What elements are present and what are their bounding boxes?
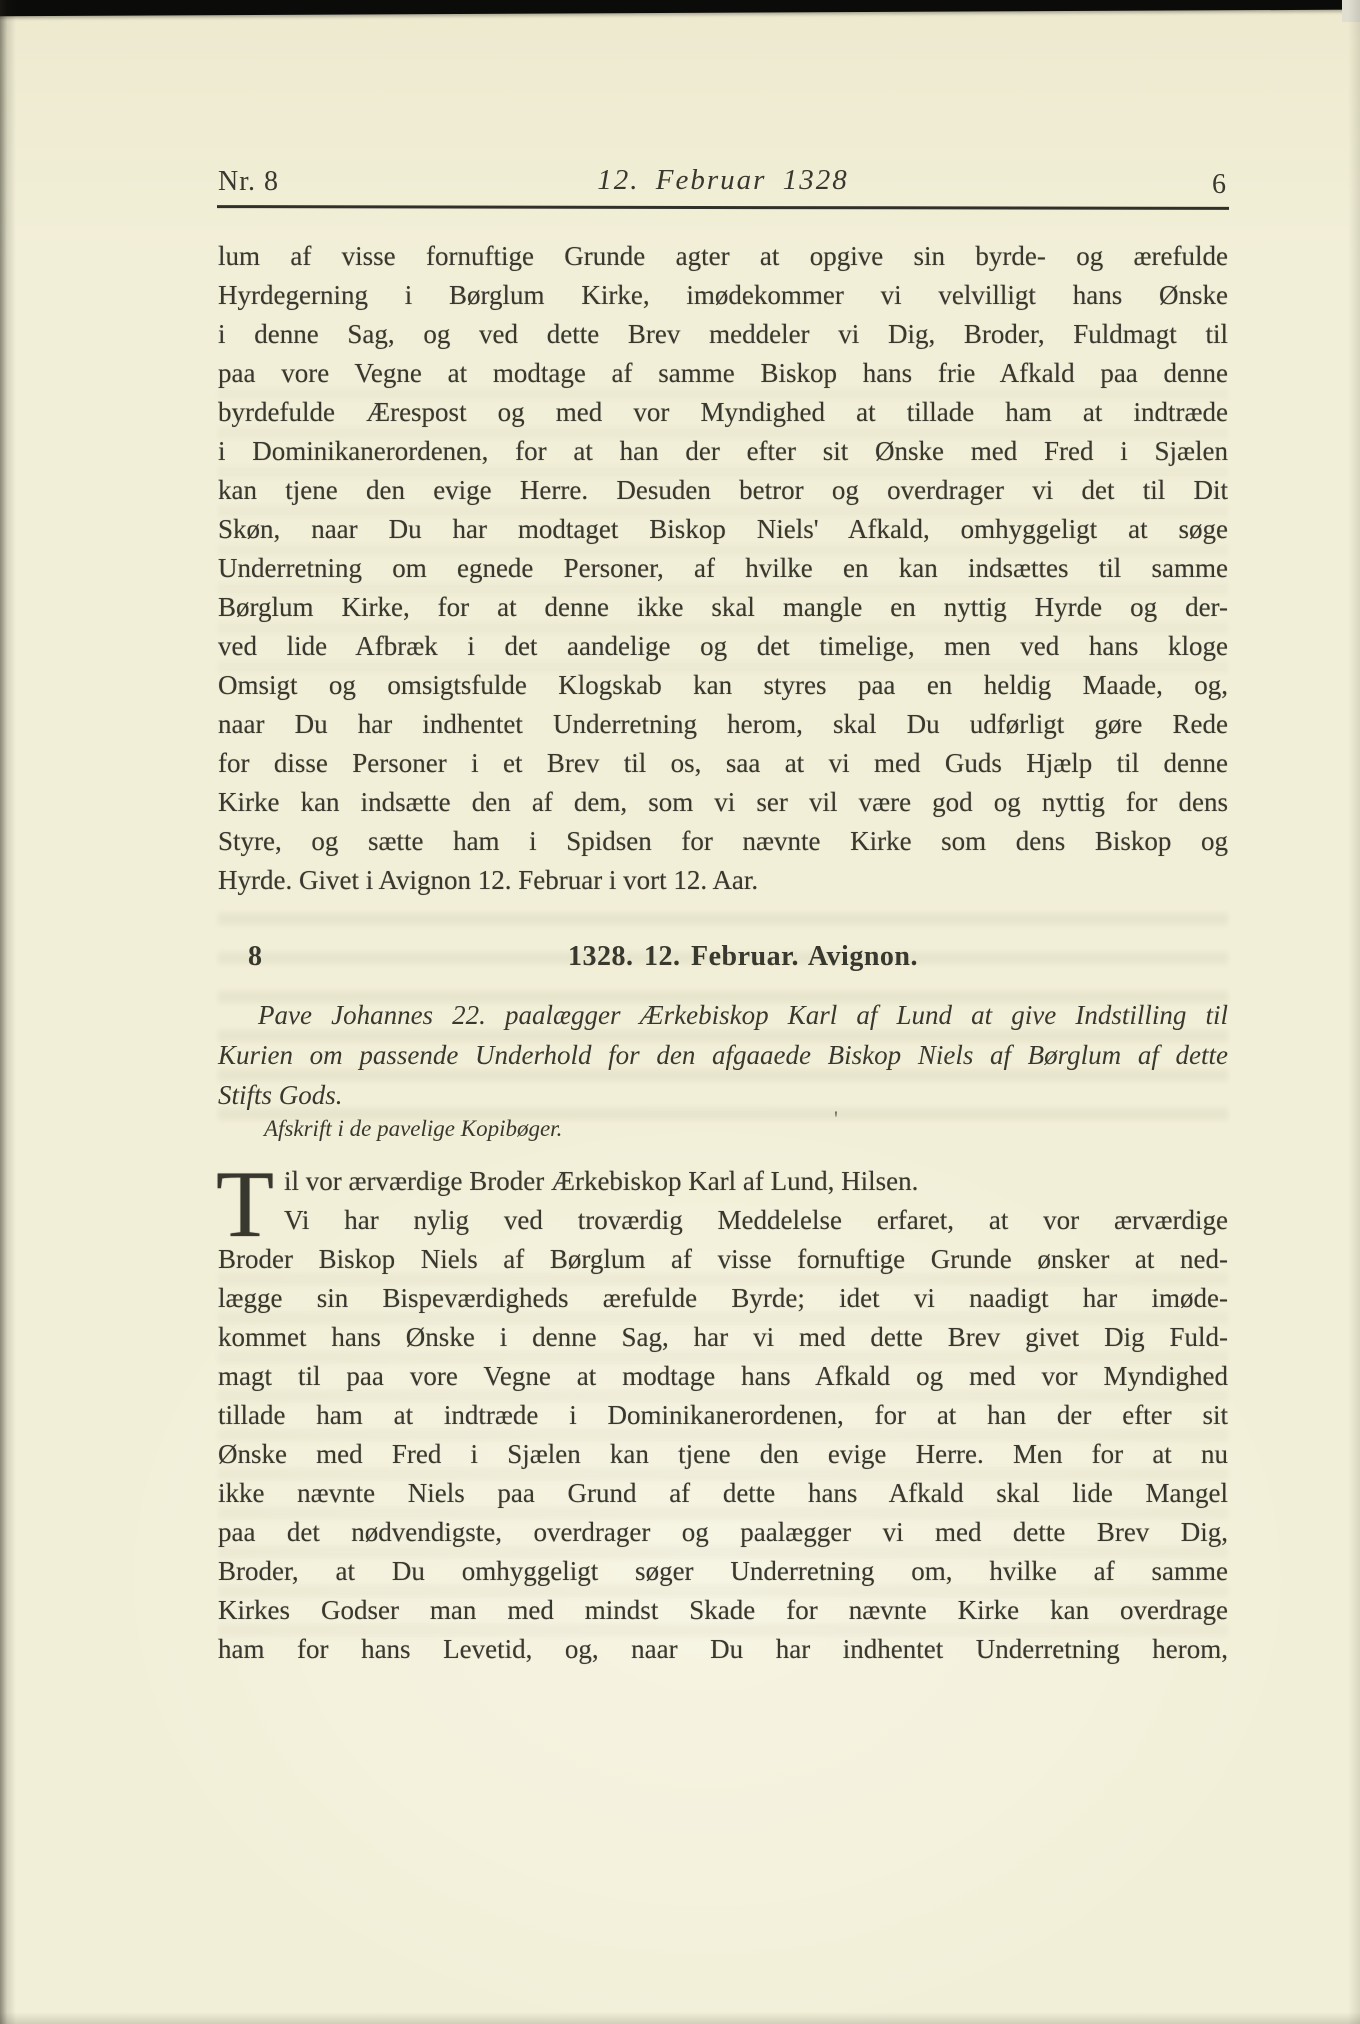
text-line: i denne Sag, og ved dette Brev meddeler … — [218, 315, 1228, 354]
page-number: 6 — [1212, 169, 1226, 201]
continuation-paragraph: lum af visse fornuftige Grunde agter at … — [218, 237, 1228, 900]
letter-body: T il vor ærværdige Broder Ærkebiskop Kar… — [218, 1162, 1228, 1669]
text-line: Vi har nylig ved troværdig Meddelelse er… — [218, 1201, 1228, 1240]
text-line: Underretning om egnede Personer, af hvil… — [218, 549, 1228, 588]
text-line: kommet hans Ønske i denne Sag, har vi me… — [218, 1318, 1228, 1357]
scan-top-edge-bar — [0, 0, 1348, 16]
drop-cap: T — [216, 1165, 274, 1243]
text-line: lægge sin Bispeværdigheds ærefulde Byrde… — [218, 1279, 1228, 1318]
letter-lines: Broder Biskop Niels af Børglum af visse … — [218, 1240, 1228, 1669]
page-left-edge-shadow — [0, 0, 16, 2024]
text-line: Børglum Kirke, for at denne ikke skal ma… — [218, 588, 1228, 627]
text-line: ikke nævnte Niels paa Grund af dette han… — [218, 1474, 1228, 1513]
text-line: byrdefulde Ærespost og med vor Myndighed… — [218, 393, 1228, 432]
text-line: naar Du har indhentet Underretning herom… — [218, 705, 1228, 744]
text-line: Hyrdegerning i Børglum Kirke, imødekomme… — [218, 276, 1228, 315]
text-line: Kirke kan indsætte den af dem, som vi se… — [218, 783, 1228, 822]
page-bottom-edge-shadow — [0, 2012, 1360, 2024]
text-line: ham for hans Levetid, og, naar Du har in… — [218, 1630, 1228, 1669]
summary-line: Stifts Gods. — [218, 1075, 1228, 1115]
entry-summary: Pave Johannes 22. paalægger Ærkebiskop K… — [218, 995, 1228, 1115]
page-header: Nr. 8 12. Februar 1328 6 — [218, 166, 1228, 200]
text-line: Kirkes Godser man med mindst Skade for n… — [218, 1591, 1228, 1630]
text-line: tillade ham at indtræde i Dominikanerord… — [218, 1396, 1228, 1435]
page-right-edge-shadow — [1348, 0, 1360, 2024]
text-line: Broder Biskop Niels af Børglum af visse … — [218, 1240, 1228, 1279]
text-line: i Dominikanerordenen, for at han der eft… — [218, 432, 1228, 471]
text-line: paa vore Vegne at modtage af samme Bisko… — [218, 354, 1228, 393]
text-line: Ønske med Fred i Sjælen kan tjene den ev… — [218, 1435, 1228, 1474]
text-line: magt til paa vore Vegne at modtage hans … — [218, 1357, 1228, 1396]
text-line: Styre, og sætte ham i Spidsen for nævnte… — [218, 822, 1228, 861]
text-line: lum af visse fornuftige Grunde agter at … — [218, 237, 1228, 276]
source-note: Afskrift i de pavelige Kopibøger. — [264, 1116, 562, 1142]
text-line: paa det nødvendigste, overdrager og paal… — [218, 1513, 1228, 1552]
salutation-line: il vor ærværdige Broder Ærkebiskop Karl … — [218, 1162, 1228, 1201]
summary-line: Kurien om passende Underhold for den afg… — [218, 1035, 1228, 1075]
book-page-scan: Nr. 8 12. Februar 1328 6 lum af visse fo… — [0, 0, 1360, 2024]
stray-mark-artifact: ' — [834, 1106, 838, 1132]
header-rule — [217, 205, 1229, 210]
text-line: kan tjene den evige Herre. Desuden betro… — [218, 471, 1228, 510]
text-line: for disse Personer i et Brev til os, saa… — [218, 744, 1228, 783]
text-line: Broder, at Du omhyggeligt søger Underret… — [218, 1552, 1228, 1591]
text-line: ved lide Afbræk i det aandelige og det t… — [218, 627, 1228, 666]
entry-heading-row: 8 1328. 12. Februar. Avignon. — [218, 941, 1228, 977]
summary-line: Pave Johannes 22. paalægger Ærkebiskop K… — [218, 995, 1228, 1035]
text-line: Skøn, naar Du har modtaget Biskop Niels'… — [218, 510, 1228, 549]
text-line: Omsigt og omsigtsfulde Klogskab kan styr… — [218, 666, 1228, 705]
running-date: 12. Februar 1328 — [218, 164, 1228, 197]
text-line: Hyrde. Givet i Avignon 12. Februar i vor… — [218, 861, 1228, 900]
entry-heading: 1328. 12. Februar. Avignon. — [258, 941, 1228, 973]
